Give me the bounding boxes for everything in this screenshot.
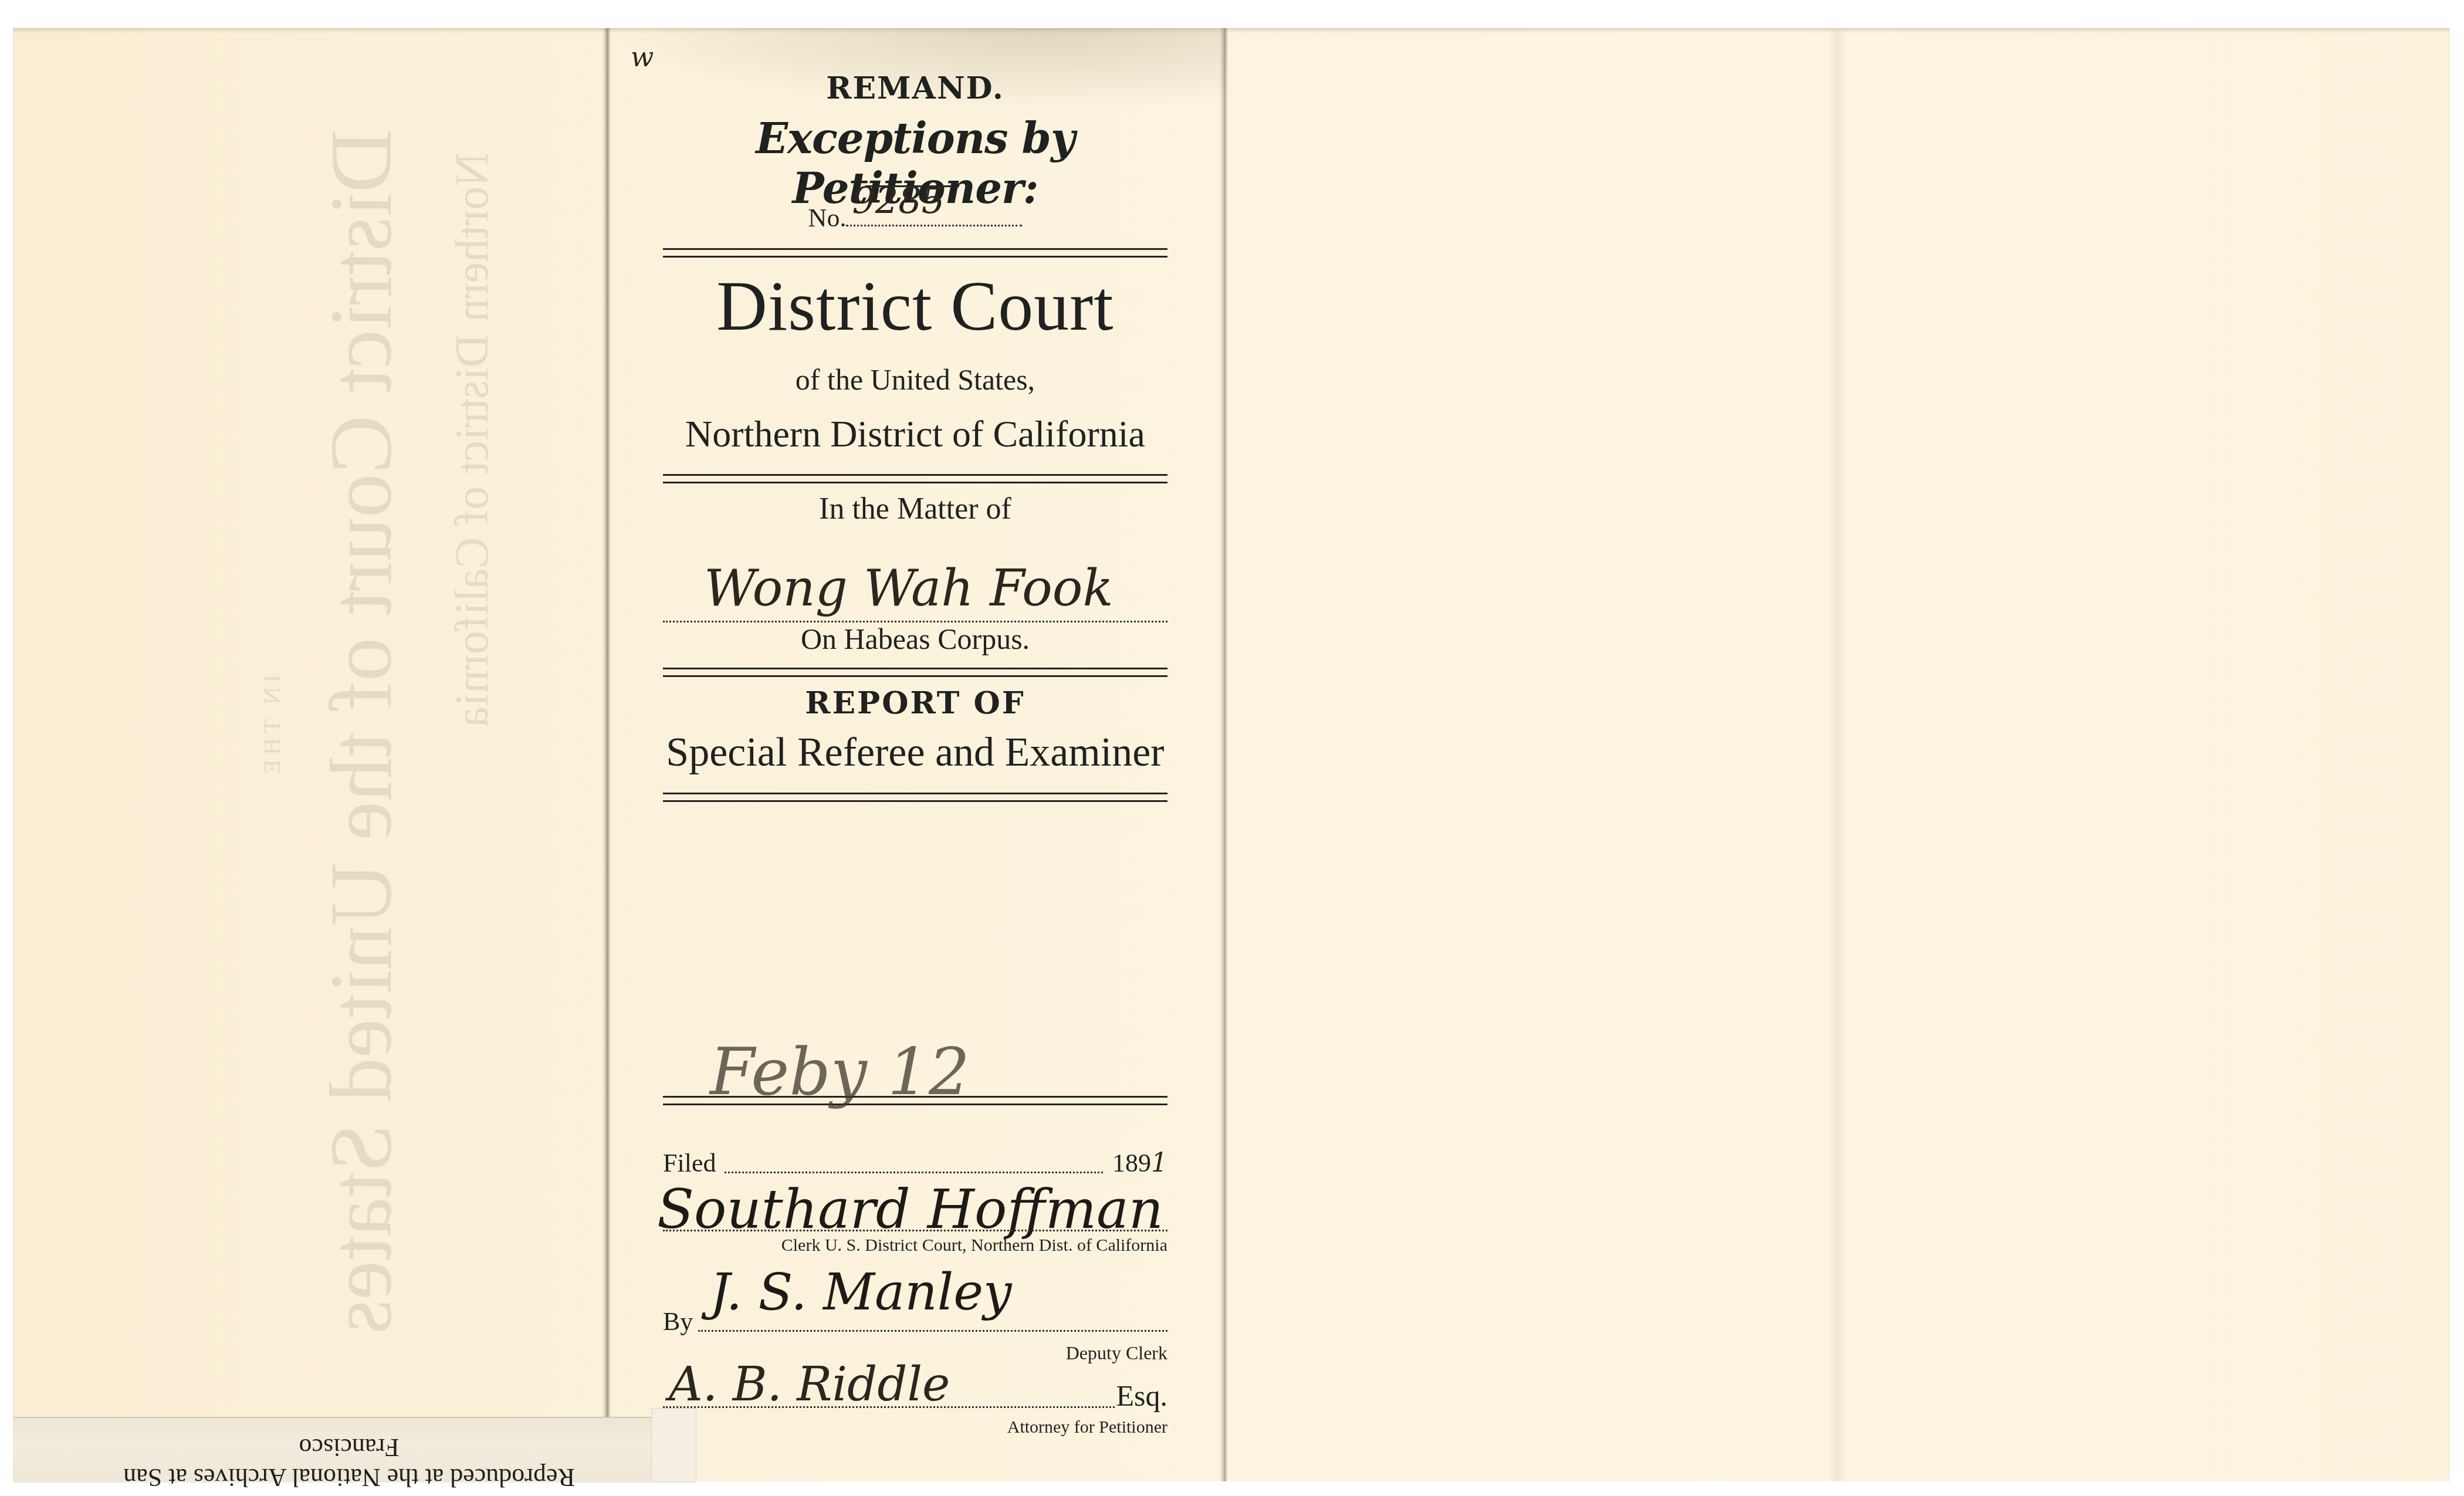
- bleed-through-court-title: District Court of the United States: [311, 129, 412, 1334]
- case-number-field: 9285: [846, 201, 1022, 226]
- archive-label-text: Reproduced at the National Archives at S…: [76, 1433, 622, 1492]
- clerk-signature-line: [663, 1230, 1167, 1231]
- bleed-through-in-the: IN THE: [258, 675, 286, 779]
- filed-label: Filed: [663, 1148, 716, 1178]
- filed-year: 1891: [1112, 1148, 1167, 1178]
- case-number-row: No.9285: [645, 201, 1185, 233]
- clerk-title: Clerk U. S. District Court, Northern Dis…: [645, 1236, 1167, 1255]
- filed-date-handwritten: Feby 12: [710, 1034, 970, 1109]
- double-rule: [663, 248, 1167, 258]
- court-title: District Court: [645, 266, 1185, 347]
- by-row: By: [663, 1301, 1167, 1336]
- by-label: By: [663, 1307, 693, 1336]
- attorney-title: Attorney for Petitioner: [645, 1417, 1167, 1437]
- court-subtitle: of the United States,: [645, 363, 1185, 397]
- filed-date-line: [725, 1172, 1103, 1173]
- remand-heading: REMAND.: [645, 70, 1185, 106]
- bleed-through-district: Northern District of California: [446, 153, 499, 727]
- attorney-signature-line: [663, 1406, 1115, 1408]
- court-district: Northern District of California: [645, 412, 1185, 456]
- esq-label: Esq.: [1116, 1379, 1168, 1413]
- attorney-row: Esq.: [663, 1372, 1167, 1413]
- case-number-value: 9285: [852, 179, 945, 222]
- cover-panel: REMAND. Exceptions by Petitioner: No.928…: [645, 28, 1185, 1481]
- case-number-label: No.: [808, 203, 847, 233]
- filed-row: Filed 1891: [663, 1143, 1167, 1178]
- petitioner-name-field: Wong Wah Fook: [663, 559, 1167, 622]
- matter-label: In the Matter of: [645, 492, 1185, 526]
- fold-line-right: [1829, 28, 1846, 1481]
- deputy-signature-line: [698, 1330, 1167, 1332]
- year-prefix: 189: [1112, 1149, 1151, 1177]
- double-rule: [663, 793, 1167, 802]
- report-subtitle: Special Referee and Examiner: [645, 729, 1185, 776]
- petitioner-name: Wong Wah Fook: [704, 559, 1113, 618]
- double-rule: [663, 474, 1167, 483]
- proceeding-type: On Habeas Corpus.: [645, 622, 1185, 656]
- report-heading: REPORT OF: [645, 685, 1185, 721]
- fold-line-left: [603, 28, 611, 1481]
- year-suffix: 1: [1151, 1148, 1167, 1178]
- archive-label-tab: [651, 1408, 696, 1483]
- fold-line-center: [1220, 28, 1228, 1481]
- double-rule: [663, 668, 1167, 677]
